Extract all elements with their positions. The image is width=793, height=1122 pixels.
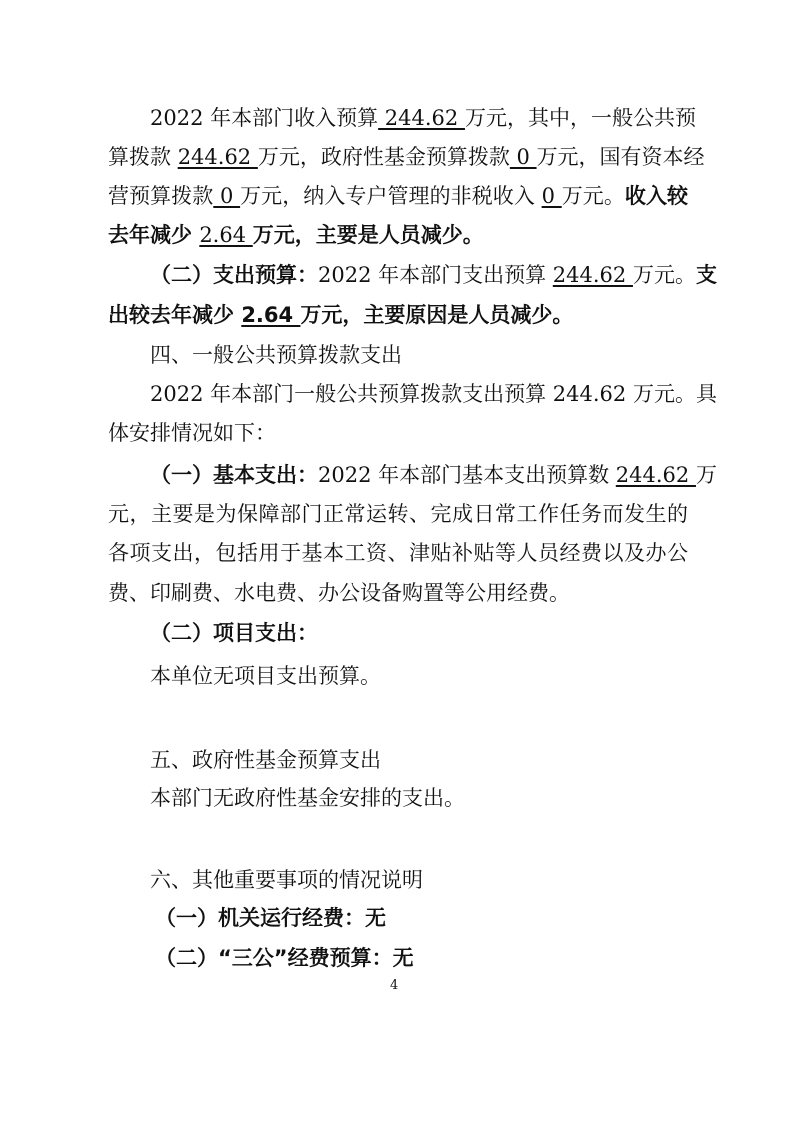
amount-value: 244.62	[553, 263, 633, 287]
basic-expenditure-text: 2022 年本部门基本支出预算数	[318, 463, 616, 487]
section-4-paragraph-line: 体安排情况如下：	[108, 418, 688, 448]
basic-expenditure-unit: 万	[696, 463, 717, 487]
basic-expenditure-label: （一）基本支出：	[150, 463, 318, 487]
section-5-heading: 五、政府性基金预算支出	[150, 745, 730, 775]
basic-expenditure-line: （一）基本支出：2022 年本部门基本支出预算数 244.62 万	[150, 460, 688, 490]
paragraph-line: 算拨款 244.62 万元，政府性基金预算拨款 0 万元，国有资本经	[108, 142, 688, 172]
text-segment: 万元，国有资本经	[537, 145, 705, 169]
text-segment: 万元，政府性基金预算拨款	[258, 145, 510, 169]
section-4-paragraph-line: 2022 年本部门一般公共预算拨款支出预算 244.62 万元。具	[150, 379, 688, 409]
text-segment: 去年减少	[108, 223, 199, 247]
text-segment: 万元。	[633, 263, 696, 287]
amount-value: 2.64	[199, 223, 252, 247]
basic-expenditure-line: 元，主要是为保障部门正常运转、完成日常工作任务而发生的	[108, 499, 688, 529]
project-expenditure-text: 本单位无项目支出预算。	[150, 661, 730, 691]
amount-value: 0	[542, 184, 562, 208]
section-4-heading: 四、一般公共预算拨款支出	[150, 340, 688, 370]
text-segment: （二）支出预算：	[150, 263, 318, 287]
text-segment: 万元，纳入专户管理的非税收入	[240, 184, 542, 208]
amount-value: 0	[510, 145, 537, 169]
page-number: 4	[390, 978, 398, 993]
text-segment: 营预算拨款	[108, 184, 213, 208]
paragraph-line: 营预算拨款 0 万元，纳入专户管理的非税收入 0 万元。收入较	[108, 181, 688, 211]
text-segment: 万元。	[562, 184, 625, 208]
basic-expenditure-amount: 244.62	[616, 463, 696, 487]
text-segment: 万元，主要是人员减少。	[253, 223, 484, 247]
text-segment: 支	[696, 263, 717, 287]
amount-value: 244.62	[378, 106, 465, 130]
text-segment: 万元，其中，一般公共预	[465, 106, 696, 130]
text-segment: 2022 年本部门支出预算	[318, 263, 553, 287]
text-segment: 算拨款	[108, 145, 178, 169]
paragraph-line: （二）支出预算：2022 年本部门支出预算 244.62 万元。支	[150, 260, 688, 290]
text-segment: 出较去年减少	[108, 303, 241, 327]
section-5-text: 本部门无政府性基金安排的支出。	[150, 783, 730, 813]
text-segment: 2022 年本部门收入预算	[150, 106, 378, 130]
paragraph-line: 2022 年本部门收入预算 244.62 万元，其中，一般公共预	[150, 103, 688, 133]
amount-value: 2.64	[241, 303, 300, 327]
text-segment: 万元，主要原因是人员减少。	[300, 303, 573, 327]
section-6-item-2: （二）“三公”经费预算：无	[155, 943, 735, 973]
paragraph-line: 出较去年减少 2.64 万元，主要原因是人员减少。	[108, 300, 688, 330]
amount-value: 0	[213, 184, 240, 208]
project-expenditure-label: （二）项目支出：	[150, 618, 688, 648]
basic-expenditure-line: 费、印刷费、水电费、办公设备购置等公用经费。	[108, 578, 688, 608]
amount-value: 244.62	[178, 145, 258, 169]
paragraph-line: 去年减少 2.64 万元，主要是人员减少。	[108, 220, 688, 250]
basic-expenditure-line: 各项支出，包括用于基本工资、津贴补贴等人员经费以及办公	[108, 538, 688, 568]
text-segment: 收入较	[625, 184, 688, 208]
section-6-heading: 六、其他重要事项的情况说明	[150, 865, 730, 895]
section-6-item-1: （一）机关运行经费：无	[155, 903, 735, 933]
